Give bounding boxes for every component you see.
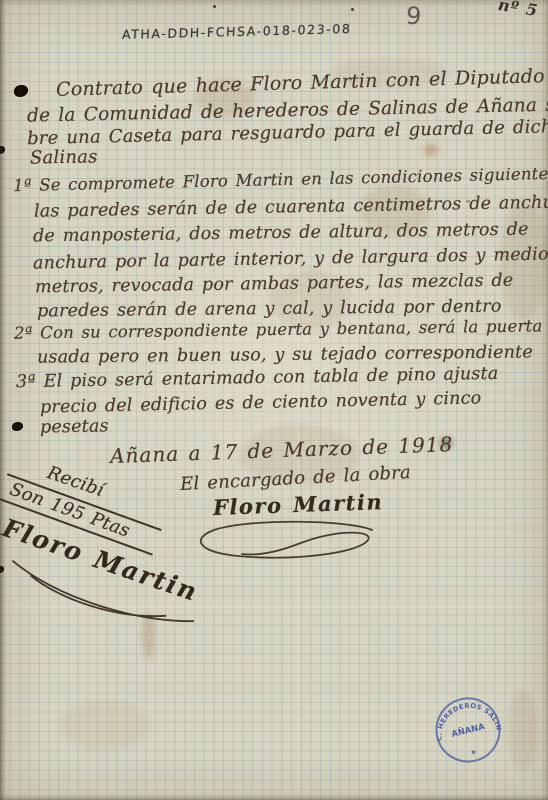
- contract-line: precio del edificio es de ciento noventa…: [40, 388, 482, 417]
- contract-line: anchura por la parte interior, y de larg…: [33, 245, 548, 274]
- contract-line: pesetas: [40, 416, 109, 437]
- svg-text:C. HEREDEROS SALINAS: C. HEREDEROS SALINAS: [417, 679, 503, 749]
- page-number-pencil: 9: [405, 2, 422, 31]
- contract-line: las paredes serán de de cuarenta centime…: [34, 192, 548, 222]
- scanned-document-page: ATHA-DDH-FCHSA-018-023-08 9 nº 5 Contrat…: [0, 0, 548, 800]
- paper-hole: [14, 85, 28, 97]
- ink-speck: [213, 5, 216, 8]
- paper-hole: [12, 422, 23, 431]
- contract-line: Salinas: [30, 146, 98, 168]
- paper-stain: [424, 144, 438, 156]
- contract-clause-3: 3ª El piso será entarimado con tabla de …: [16, 364, 499, 392]
- paper-stain: [60, 700, 150, 750]
- stamp-center-text: AÑANA: [450, 721, 486, 740]
- ink-stamp: C. HEREDEROS SALINAS AÑANA ★: [417, 679, 519, 781]
- paper-hole: [0, 146, 5, 154]
- document-number: nº 5: [497, 0, 540, 20]
- stamp-star-icon: ★: [470, 748, 478, 757]
- contract-line: de manposteria, dos metros de altura, do…: [33, 220, 529, 247]
- stamp-arc-text: C. HEREDEROS SALINAS: [417, 679, 503, 749]
- ink-speck: [351, 8, 354, 11]
- archive-reference-code: ATHA-DDH-FCHSA-018-023-08: [122, 21, 352, 42]
- contract-line: metros, revocada por ambas partes, las m…: [35, 271, 514, 298]
- contract-clause-1: 1ª Se compromete Floro Martin en las con…: [13, 164, 548, 195]
